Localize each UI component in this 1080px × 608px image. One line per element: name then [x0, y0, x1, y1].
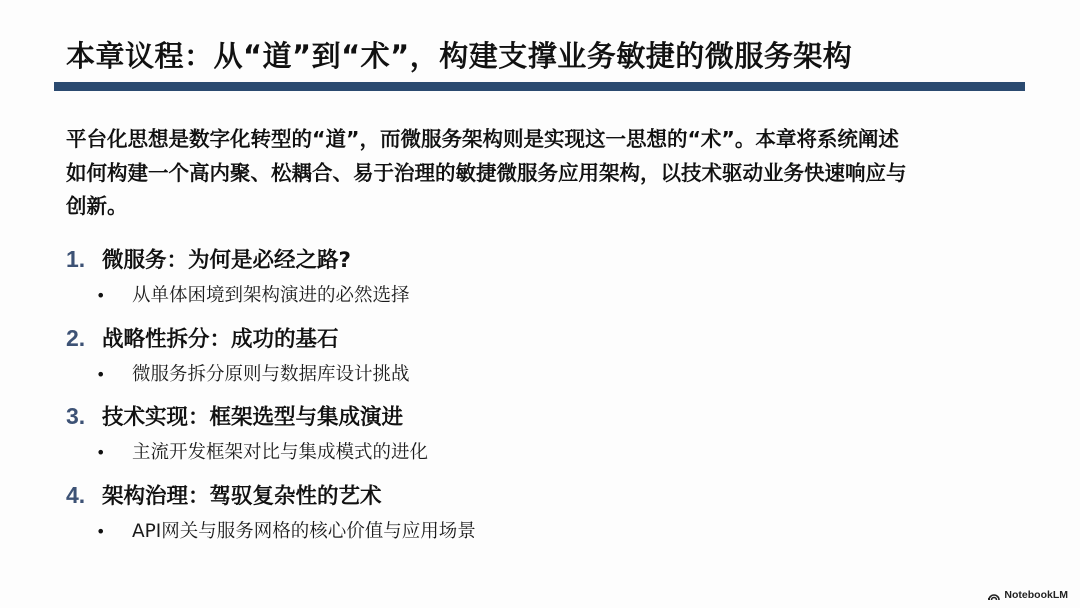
agenda-list: 1.微服务：为何是必经之路? •从单体困境到架构演进的必然选择 2.战略性拆分：…	[66, 241, 966, 555]
agenda-item-title: 架构治理：驾驭复杂性的艺术	[102, 484, 382, 509]
agenda-subitem: •主流开发框架对比与集成模式的进化	[96, 436, 428, 470]
notebooklm-logo-icon	[988, 591, 1000, 600]
agenda-item-title: 战略性拆分：成功的基石	[102, 327, 339, 352]
bullet-icon: •	[96, 515, 132, 549]
agenda-subitem-text: 主流开发框架对比与集成模式的进化	[132, 442, 428, 463]
agenda-item-heading: 3.技术实现：框架选型与集成演进	[66, 398, 403, 434]
agenda-item-number: 3.	[66, 398, 102, 434]
agenda-subitem: •微服务拆分原则与数据库设计挑战	[96, 358, 410, 392]
agenda-item-number: 2.	[66, 320, 102, 356]
agenda-item-title: 技术实现：框架选型与集成演进	[102, 405, 403, 430]
agenda-subitem-text: 从单体困境到架构演进的必然选择	[132, 285, 410, 306]
brand-label: NotebookLM	[1004, 589, 1068, 601]
agenda-item-title: 微服务：为何是必经之路?	[102, 248, 351, 273]
intro-line: 平台化思想是数字化转型的“道”，而微服务架构则是实现这一思想的“术”。本章将系统…	[66, 123, 1026, 157]
agenda-item-number: 4.	[66, 477, 102, 513]
agenda-subitem: •API网关与服务网格的核心价值与应用场景	[96, 515, 476, 549]
slide: 本章议程：从“道”到“术”，构建支撑业务敏捷的微服务架构 平台化思想是数字化转型…	[0, 0, 1080, 608]
agenda-item-number: 1.	[66, 241, 102, 277]
bullet-icon: •	[96, 279, 132, 313]
agenda-item-heading: 1.微服务：为何是必经之路?	[66, 241, 351, 277]
agenda-subitem: •从单体困境到架构演进的必然选择	[96, 279, 410, 313]
bullet-icon: •	[96, 436, 132, 470]
agenda-item-1: 1.微服务：为何是必经之路? •从单体困境到架构演进的必然选择	[66, 241, 966, 320]
agenda-subitem-text: API网关与服务网格的核心价值与应用场景	[132, 521, 476, 542]
agenda-item-4: 4.架构治理：驾驭复杂性的艺术 •API网关与服务网格的核心价值与应用场景	[66, 477, 966, 556]
agenda-item-2: 2.战略性拆分：成功的基石 •微服务拆分原则与数据库设计挑战	[66, 320, 966, 399]
agenda-item-3: 3.技术实现：框架选型与集成演进 •主流开发框架对比与集成模式的进化	[66, 398, 966, 477]
agenda-item-heading: 4.架构治理：驾驭复杂性的艺术	[66, 477, 382, 513]
intro-line: 创新。	[66, 190, 1026, 224]
notebooklm-watermark: NotebookLM	[988, 589, 1068, 601]
intro-line: 如何构建一个高内聚、松耦合、易于治理的敏捷微服务应用架构，以技术驱动业务快速响应…	[66, 157, 1026, 191]
bullet-icon: •	[96, 358, 132, 392]
intro-paragraph: 平台化思想是数字化转型的“道”，而微服务架构则是实现这一思想的“术”。本章将系统…	[66, 123, 1026, 224]
agenda-item-heading: 2.战略性拆分：成功的基石	[66, 320, 339, 356]
slide-title: 本章议程：从“道”到“术”，构建支撑业务敏捷的微服务架构	[66, 36, 852, 76]
agenda-subitem-text: 微服务拆分原则与数据库设计挑战	[132, 364, 410, 385]
title-underline-bar	[54, 82, 1025, 91]
